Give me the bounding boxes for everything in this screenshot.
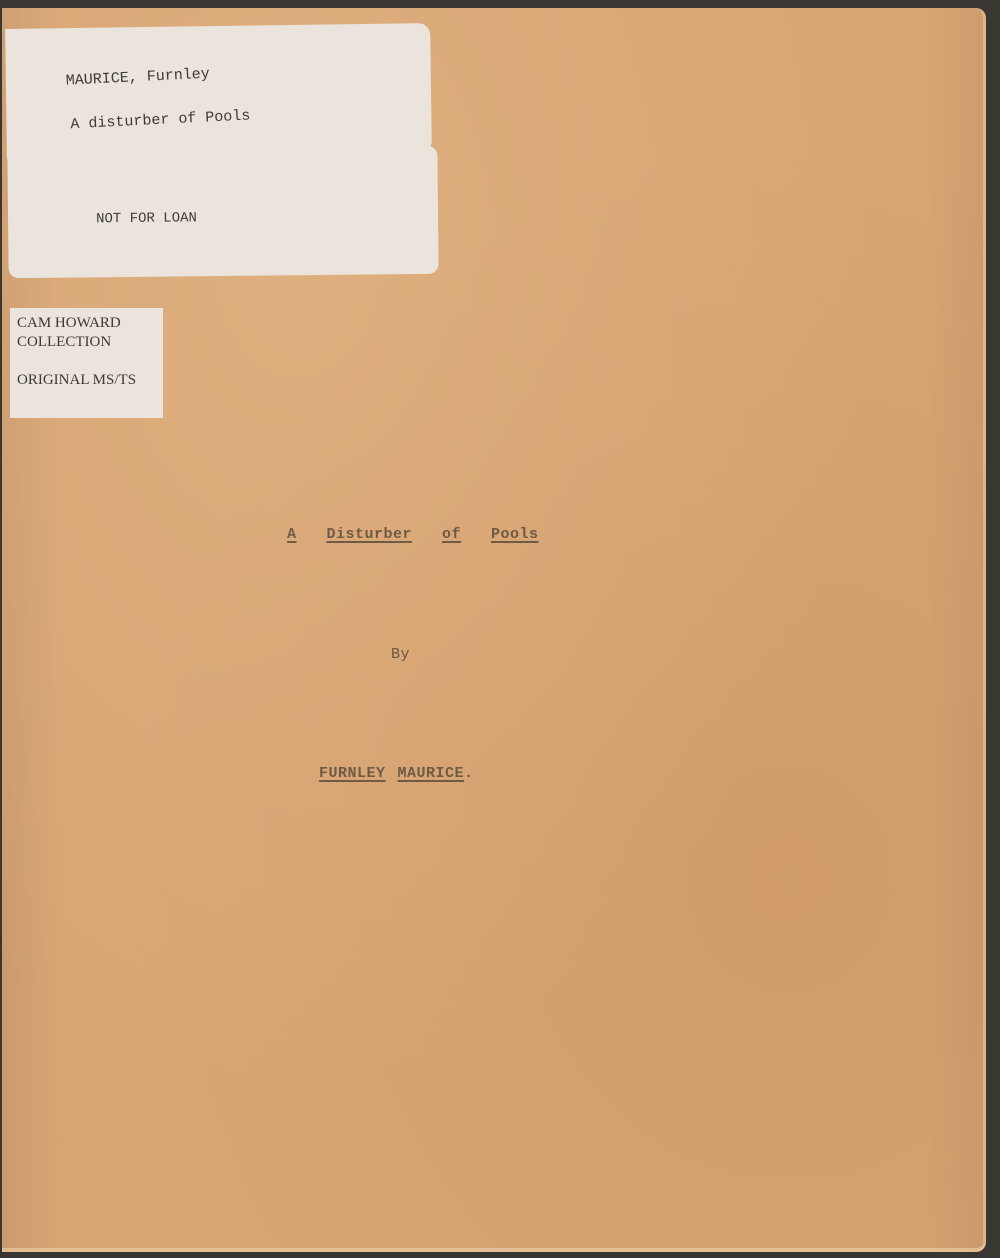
not-for-loan-text: NOT FOR LOAN bbox=[96, 210, 197, 227]
collection-name-line2: COLLECTION bbox=[17, 333, 111, 352]
cover-by: By bbox=[391, 646, 410, 663]
collection-label: CAM HOWARD COLLECTION ORIGINAL MS/TS bbox=[10, 308, 163, 418]
title-word: of bbox=[442, 526, 461, 543]
title-word: Disturber bbox=[327, 526, 413, 543]
author-word: FURNLEY bbox=[319, 765, 386, 782]
cover-title: ADisturberofPools bbox=[287, 526, 539, 543]
author-word: MAURICE bbox=[398, 765, 465, 782]
catalog-title: A disturber of Pools bbox=[70, 107, 251, 133]
author-suffix: . bbox=[464, 765, 474, 782]
catalog-label: MAURICE, Furnley A disturber of Pools bbox=[5, 23, 432, 159]
collection-name-line1: CAM HOWARD bbox=[17, 314, 121, 333]
manuscript-cover: MAURICE, Furnley A disturber of Pools NO… bbox=[2, 8, 986, 1252]
cover-author: FURNLEYMAURICE. bbox=[319, 765, 474, 782]
collection-type: ORIGINAL MS/TS bbox=[17, 371, 136, 390]
catalog-author: MAURICE, Furnley bbox=[65, 66, 210, 90]
title-word: A bbox=[287, 526, 297, 543]
title-word: Pools bbox=[491, 526, 539, 543]
restriction-label: NOT FOR LOAN bbox=[7, 146, 438, 278]
